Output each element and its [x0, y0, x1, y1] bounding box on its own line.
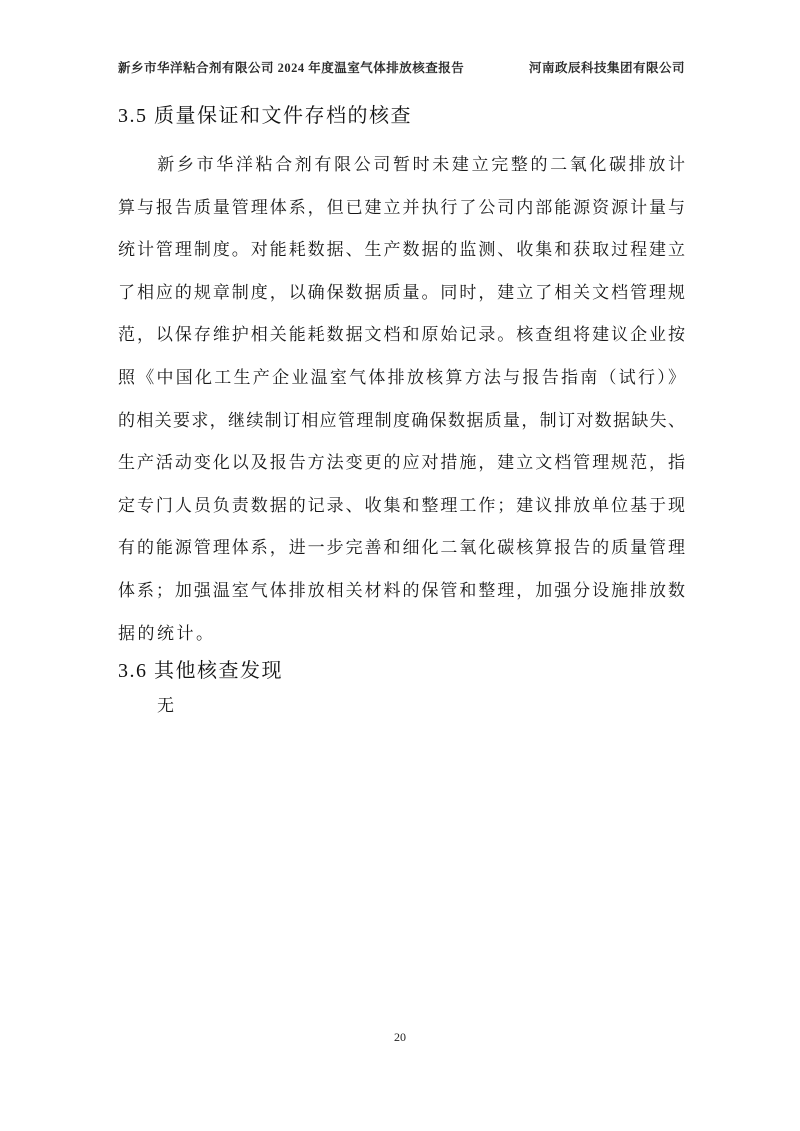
- paragraph-line: 定专门人员负责数据的记录、收集和整理工作；建议排放单位基于现: [118, 485, 685, 528]
- section-heading-3-6: 3.6 其他核查发现: [118, 657, 685, 685]
- header-company-name: 河南政辰科技集团有限公司: [529, 58, 685, 76]
- section-heading-3-5: 3.5 质量保证和文件存档的核查: [118, 102, 685, 130]
- paragraph-line: 统计管理制度。对能耗数据、生产数据的监测、收集和获取过程建立: [118, 229, 685, 272]
- paragraph-line: 算与报告质量管理体系，但已建立并执行了公司内部能源资源计量与: [118, 187, 685, 230]
- paragraph-line: 照《中国化工生产企业温室气体排放核算方法与报告指南（试行）》: [118, 357, 685, 400]
- paragraph-line: 据的统计。: [118, 613, 685, 656]
- paragraph-line: 无: [118, 685, 685, 728]
- page-header: 新乡市华洋粘合剂有限公司 2024 年度温室气体排放核查报告 河南政辰科技集团有…: [118, 58, 685, 76]
- document-page: 新乡市华洋粘合剂有限公司 2024 年度温室气体排放核查报告 河南政辰科技集团有…: [0, 0, 800, 1131]
- paragraph-line: 体系；加强温室气体排放相关材料的保管和整理，加强分设施排放数: [118, 570, 685, 613]
- header-report-title: 新乡市华洋粘合剂有限公司 2024 年度温室气体排放核查报告: [118, 58, 464, 76]
- paragraph-line: 范，以保存维护相关能耗数据文档和原始记录。核查组将建议企业按: [118, 314, 685, 357]
- paragraph-line: 新乡市华洋粘合剂有限公司暂时未建立完整的二氧化碳排放计: [118, 144, 685, 187]
- paragraph-line: 了相应的规章制度，以确保数据质量。同时，建立了相关文档管理规: [118, 272, 685, 315]
- paragraph-line: 生产活动变化以及报告方法变更的应对措施，建立文档管理规范，指: [118, 442, 685, 485]
- paragraph-line: 的相关要求，继续制订相应管理制度确保数据质量，制订对数据缺失、: [118, 400, 685, 443]
- section-3-5-paragraph: 新乡市华洋粘合剂有限公司暂时未建立完整的二氧化碳排放计算与报告质量管理体系，但已…: [118, 144, 685, 655]
- page-number: 20: [0, 1030, 800, 1045]
- section-3-6-paragraph: 无: [118, 685, 685, 728]
- paragraph-line: 有的能源管理体系，进一步完善和细化二氧化碳核算报告的质量管理: [118, 527, 685, 570]
